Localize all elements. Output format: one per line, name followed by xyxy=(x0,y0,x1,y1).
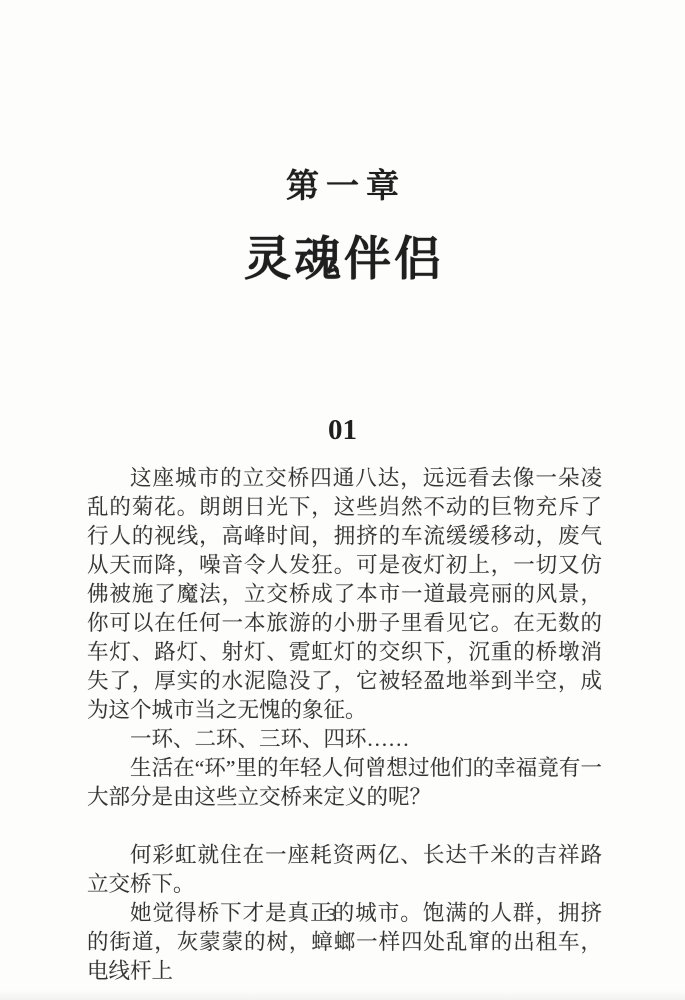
paragraph-2: 一环、二环、三环、四环…… xyxy=(87,725,602,754)
page-number: 3 xyxy=(0,906,674,926)
chapter-number-heading: 第一章 xyxy=(0,160,685,207)
paragraph-1: 这座城市的立交桥四通八达，远远看去像一朵凌乱的菊花。朗朗日光下，这些岿然不动的巨… xyxy=(87,464,602,725)
scan-shadow xyxy=(0,990,685,1000)
chapter-title: 灵魂伴侣 xyxy=(0,222,685,289)
section-number: 01 xyxy=(0,414,685,447)
paragraph-4: 何彩虹就住在一座耗资两亿、长达千米的吉祥路立交桥下。 xyxy=(87,841,602,899)
paragraph-3: 生活在“环”里的年轻人何曾想过他们的幸福竟有一大部分是由这些立交桥来定义的呢？ xyxy=(87,754,602,812)
book-page: 第一章 灵魂伴侣 01 这座城市的立交桥四通八达，远远看去像一朵凌乱的菊花。朗朗… xyxy=(0,0,685,1000)
